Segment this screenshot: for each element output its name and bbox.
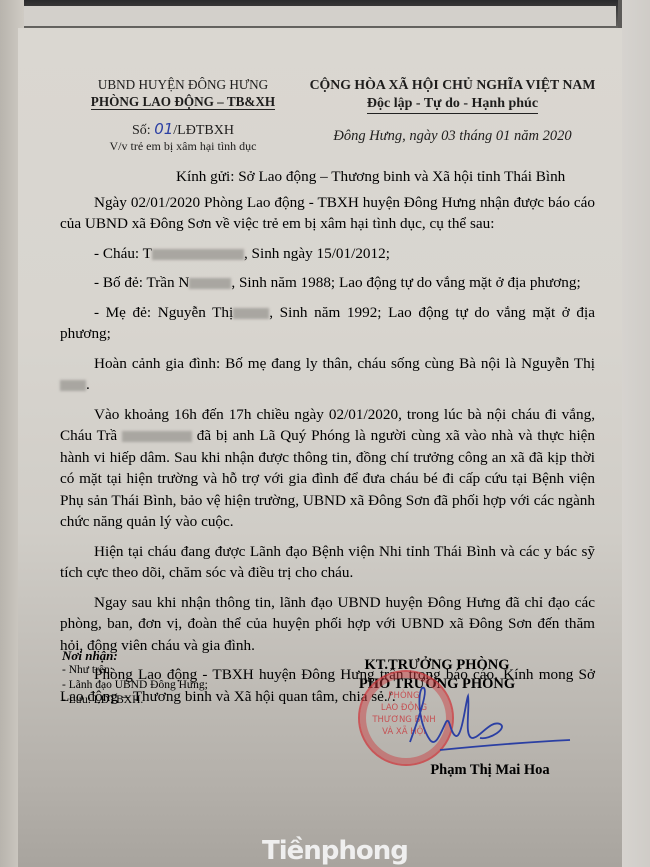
issuer-department: PHÒNG LAO ĐỘNG – TB&XH [88,93,278,110]
redacted-name [189,278,231,289]
recipient-line: Kính gửi: Sở Lao động – Thương binh và X… [60,166,595,188]
background-sheet [18,6,616,26]
place-date: Đông Hưng, ngày 03 tháng 01 năm 2020 [300,128,605,145]
recipient-item: - Lãnh đạo UBND Đông Hưng; [62,678,208,693]
mother-info: - Mẹ đẻ: Nguyễn Thị, Sinh năm 1992; Lao … [60,302,595,345]
incident-paragraph: Vào khoảng 16h đến 17h chiều ngày 02/01/… [60,404,595,533]
document-body: Kính gửi: Sở Lao động – Thương binh và X… [60,166,595,707]
national-motto: Độc lập - Tự do - Hạnh phúc [367,95,538,114]
issuer-header: UBND HUYỆN ĐÔNG HƯNG PHÒNG LAO ĐỘNG – TB… [88,76,278,154]
redacted-name [233,308,269,319]
handwritten-signature [380,680,580,760]
nation-title: CỘNG HÒA XÃ HỘI CHỦ NGHĨA VIỆT NAM [300,76,605,94]
recipients-title: Nơi nhận: [62,648,208,663]
intro-paragraph: Ngày 02/01/2020 Phòng Lao động - TBXH hu… [60,192,595,235]
signer-name: Phạm Thị Mai Hoa [410,762,570,779]
recipient-item: - Như trên; [62,663,208,678]
document-number: Số: 01/LĐTBXH [88,121,278,139]
redacted-name [152,249,244,260]
recipient-item: - Lưu: LĐTBXH. [62,693,208,708]
child-info: - Cháu: T, Sinh ngày 15/01/2012; [60,243,595,265]
redacted-name [122,431,192,442]
family-situation: Hoàn cảnh gia đình: Bố mẹ đang ly thân, … [60,353,595,396]
handwritten-number: 01 [154,120,173,138]
followup-paragraph: Ngay sau khi nhận thông tin, lãnh đạo UB… [60,592,595,657]
national-header: CỘNG HÒA XÃ HỘI CHỦ NGHĨA VIỆT NAM Độc l… [300,76,605,145]
redacted-name [60,380,86,391]
current-status-paragraph: Hiện tại cháu đang được Lãnh đạo Bệnh vi… [60,541,595,584]
issuer-org: UBND HUYỆN ĐÔNG HƯNG [88,76,278,93]
background-right [618,0,650,867]
publisher-watermark: Tiềnphong [262,836,408,866]
father-info: - Bố đẻ: Trần N, Sinh năm 1988; Lao động… [60,272,595,294]
recipients-list: Nơi nhận: - Như trên; - Lãnh đạo UBND Đô… [62,648,208,708]
document-subject: V/v trẻ em bị xâm hại tình dục [88,139,278,154]
